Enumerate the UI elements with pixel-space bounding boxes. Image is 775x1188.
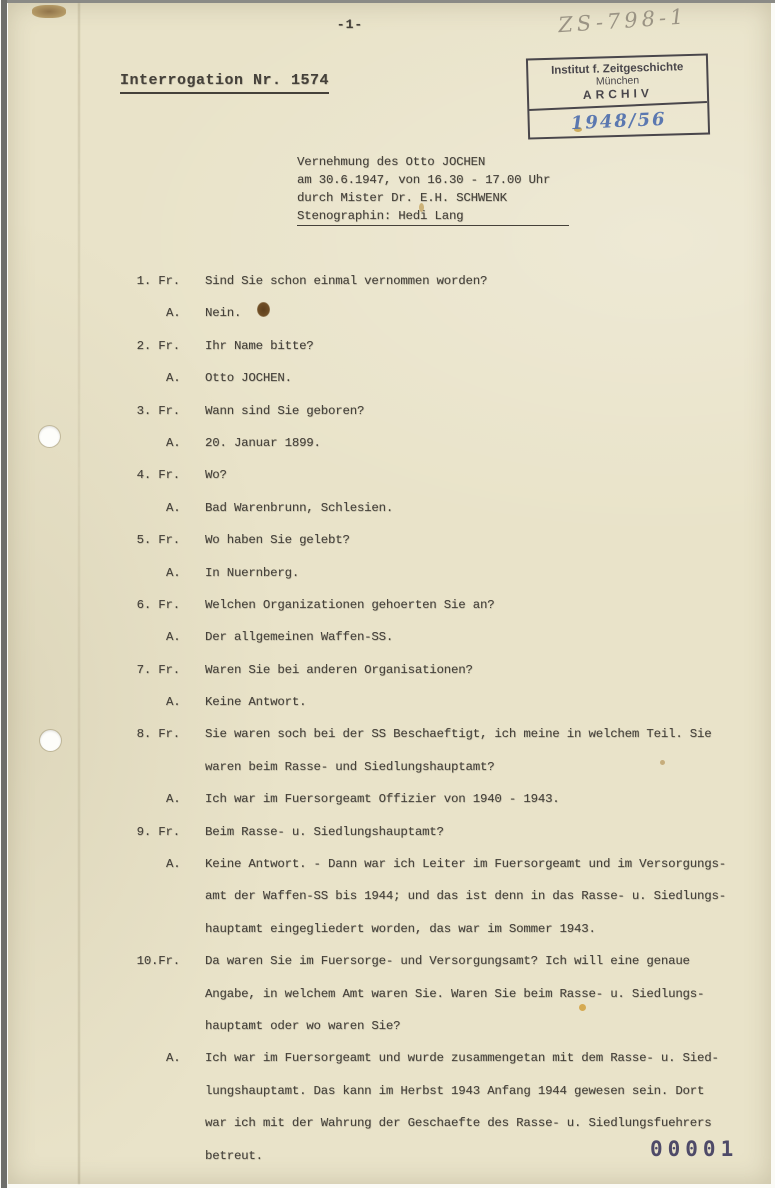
answer-line: A.Otto JOCHEN. [0,371,775,403]
header-subject-line: Vernehmung des Otto JOCHEN [297,155,569,173]
typed-text: In Nuernberg. [205,566,299,580]
question-number: 2. Fr. [118,339,180,353]
qa-list: 1. Fr.Sind Sie schon einmal vernommen wo… [0,274,775,1181]
scanned-document: -1- ZS-798-1 Interrogation Nr. 1574 Inst… [0,0,775,1188]
question-line: 10.Fr.Da waren Sie im Fuersorge- und Ver… [0,954,775,986]
serial-number-stamp: 00001 [650,1137,738,1161]
typed-text: Otto JOCHEN. [205,371,292,385]
answer-label: A. [166,566,180,580]
answer-label: A. [166,857,180,871]
answer-label: A. [166,436,180,450]
question-line: 2. Fr.Ihr Name bitte? [0,339,775,371]
typed-text: Waren Sie bei anderen Organisationen? [205,663,473,677]
typed-text: Keine Antwort. - Dann war ich Leiter im … [205,857,726,871]
answer-label: A. [166,1051,180,1065]
question-line: 7. Fr.Waren Sie bei anderen Organisation… [0,663,775,695]
interrogation-header: Vernehmung des Otto JOCHEN am 30.6.1947,… [297,155,569,226]
answer-label: A. [166,306,180,320]
answer-line: A.Bad Warenbrunn, Schlesien. [0,501,775,533]
question-line: 6. Fr.Welchen Organizationen gehoerten S… [0,598,775,630]
typed-text: hauptamt oder wo waren Sie? [205,1019,400,1033]
page-number: -1- [330,17,370,32]
typed-text: amt der Waffen-SS bis 1944; und das ist … [205,889,726,903]
typed-text: Sind Sie schon einmal vernommen worden? [205,274,487,288]
typed-text: Welchen Organizationen gehoerten Sie an? [205,598,494,612]
typed-text: Keine Antwort. [205,695,306,709]
header-interrogator-line: durch Mister Dr. E.H. SCHWENK [297,191,569,209]
answer-line: A.Nein. [0,306,775,338]
question-line: 9. Fr.Beim Rasse- u. Siedlungshauptamt? [0,825,775,857]
answer-line: A.Ich war im Fuersorgeamt und wurde zusa… [0,1051,775,1083]
typed-text: lungshauptamt. Das kann im Herbst 1943 A… [205,1084,704,1098]
typed-text: betreut. [205,1149,263,1163]
typed-text: Nein. [205,306,241,320]
header-datetime-line: am 30.6.1947, von 16.30 - 17.00 Uhr [297,173,569,191]
typed-text: war ich mit der Wahrung der Geschaefte d… [205,1116,712,1130]
answer-line: A.Der allgemeinen Waffen-SS. [0,630,775,662]
typed-text: Ihr Name bitte? [205,339,314,353]
question-line: hauptamt oder wo waren Sie? [0,1019,775,1051]
answer-label: A. [166,695,180,709]
typed-text: Wann sind Sie geboren? [205,404,364,418]
question-line: Angabe, in welchem Amt waren Sie. Waren … [0,987,775,1019]
answer-label: A. [166,371,180,385]
question-number: 10.Fr. [118,954,180,968]
header-stenographer-line: Stenographin: Hedi Lang [297,209,569,226]
typed-text: Wo? [205,468,227,482]
answer-line: A.In Nuernberg. [0,566,775,598]
question-number: 6. Fr. [118,598,180,612]
answer-label: A. [166,501,180,515]
archive-stamp: Institut f. Zeitgeschichte München ARCHI… [526,53,710,139]
document-title: Interrogation Nr. 1574 [120,72,329,94]
question-number: 7. Fr. [118,663,180,677]
question-line: 5. Fr.Wo haben Sie gelebt? [0,533,775,565]
question-number: 5. Fr. [118,533,180,547]
answer-line: hauptamt eingegliedert worden, das war i… [0,922,775,954]
typed-text: waren beim Rasse- und Siedlungshauptamt? [205,760,494,774]
answer-label: A. [166,792,180,806]
question-number: 1. Fr. [118,274,180,288]
typed-text: Ich war im Fuersorgeamt Offizier von 194… [205,792,560,806]
question-line: 4. Fr.Wo? [0,468,775,500]
question-line: 8. Fr.Sie waren soch bei der SS Beschaef… [0,727,775,759]
typed-text: Bad Warenbrunn, Schlesien. [205,501,393,515]
question-number: 4. Fr. [118,468,180,482]
answer-line: lungshauptamt. Das kann im Herbst 1943 A… [0,1084,775,1116]
typed-text: Sie waren soch bei der SS Beschaeftigt, … [205,727,712,741]
question-number: 3. Fr. [118,404,180,418]
answer-line: amt der Waffen-SS bis 1944; und das ist … [0,889,775,921]
answer-line: A.Keine Antwort. [0,695,775,727]
answer-line: A.20. Januar 1899. [0,436,775,468]
question-line: 1. Fr.Sind Sie schon einmal vernommen wo… [0,274,775,306]
question-line: waren beim Rasse- und Siedlungshauptamt? [0,760,775,792]
typed-text: Beim Rasse- u. Siedlungshauptamt? [205,825,444,839]
typed-text: 20. Januar 1899. [205,436,321,450]
typed-text: Da waren Sie im Fuersorge- und Versorgun… [205,954,690,968]
answer-label: A. [166,630,180,644]
answer-line: A.Keine Antwort. - Dann war ich Leiter i… [0,857,775,889]
question-number: 9. Fr. [118,825,180,839]
question-line: 3. Fr.Wann sind Sie geboren? [0,404,775,436]
paper-stain [32,5,66,18]
answer-line: A.Ich war im Fuersorgeamt Offizier von 1… [0,792,775,824]
typed-text: hauptamt eingegliedert worden, das war i… [205,922,596,936]
typed-text: Wo haben Sie gelebt? [205,533,350,547]
typed-text: Angabe, in welchem Amt waren Sie. Waren … [205,987,704,1001]
typed-text: Der allgemeinen Waffen-SS. [205,630,393,644]
question-number: 8. Fr. [118,727,180,741]
typed-text: Ich war im Fuersorgeamt und wurde zusamm… [205,1051,719,1065]
